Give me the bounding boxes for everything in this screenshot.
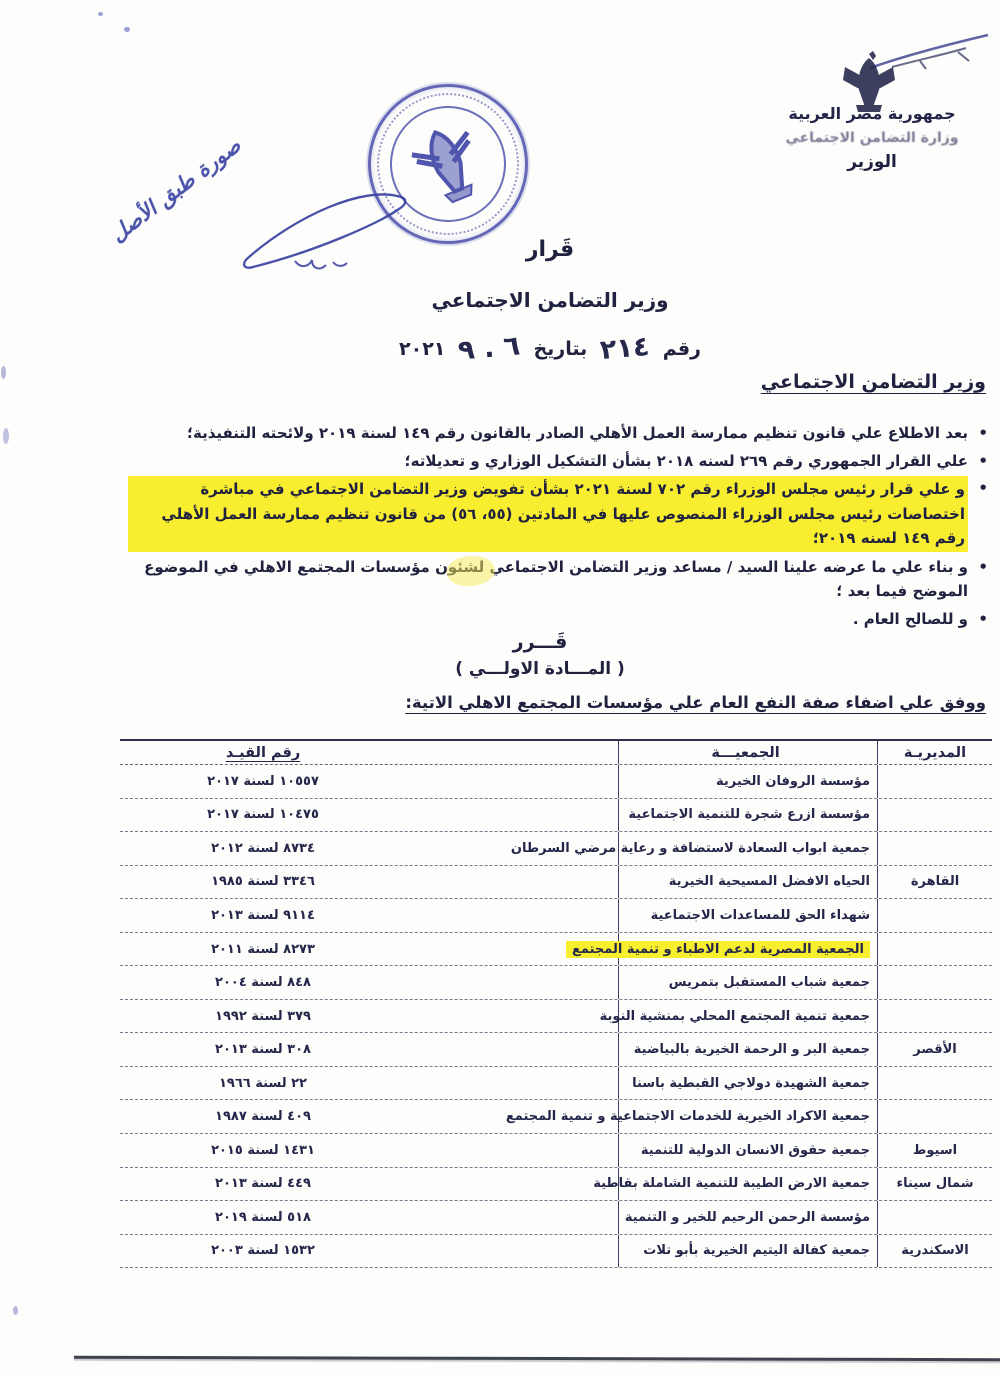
decree-number-handwritten: ٢١٤ (599, 331, 651, 366)
cell-association: الجمعية المصرية لدعم الاطباء و تنمية الم… (618, 933, 878, 966)
table-row: جمعية الاكراد الخيرية للخدمات الاجتماعية… (120, 1100, 992, 1134)
ink-speck (1, 366, 6, 379)
associations-table: المديريـة الجمعيـــة رقم القيـد مؤسسة ال… (120, 739, 992, 1268)
preamble-list: • بعد الاطلاع علي قانون تنظيم ممارسة الع… (128, 421, 988, 634)
ink-speck (13, 1306, 18, 1315)
association-name: جمعية الارض الطيبة للتنمية الشاملة بقاطي… (593, 1176, 870, 1191)
cell-registry-no: ٢٢ لسنة ١٩٦٦ (120, 1076, 618, 1091)
preamble-text: علي القرار الجمهوري رقم ٢٦٩ لسنه ٢٠١٨ بش… (128, 449, 968, 474)
cell-registry-no: ١٤٣١ لسنة ٢٠١٥ (120, 1143, 618, 1158)
decree-number-label: رقم (663, 338, 701, 360)
cell-registry-no: ٣٠٨ لسنة ٢٠١٣ (120, 1042, 618, 1057)
preamble-text: و بناء علي ما عرضه علينا السيد / مساعد و… (128, 555, 968, 604)
cell-registry-no: ٣٧٩ لسنة ١٩٩٢ (120, 1009, 618, 1024)
decree-number-line: ٢٠٢١ ٦ . ٩ بتاريخ ٢١٤ رقم (300, 333, 800, 364)
cell-association: شهداء الحق للمساعدات الاجتماعية (618, 899, 878, 932)
table-rows: مؤسسة الروفان الخيرية ١٠٥٥٧ لسنة ٢٠١٧ مؤ… (120, 765, 992, 1268)
cell-registry-no: ١٠٤٧٥ لسنة ٢٠١٧ (120, 807, 618, 822)
cell-registry-no: ١٠٥٥٧ لسنة ٢٠١٧ (120, 774, 618, 789)
cell-directorate: اسيوط (878, 1143, 992, 1158)
cell-registry-no: ٣٣٤٦ لسنة ١٩٨٥ (120, 874, 618, 889)
cell-association: جمعية الاكراد الخيرية للخدمات الاجتماعية… (618, 1100, 878, 1133)
cell-association: جمعية الارض الطيبة للتنمية الشاملة بقاطي… (618, 1168, 878, 1201)
association-name: مؤسسة الروفان الخيرية (716, 774, 870, 789)
table-row: القاهرة الحياه الافضل المسيحية الخيرية ٣… (120, 866, 992, 900)
table-header-row: المديريـة الجمعيـــة رقم القيـد (120, 739, 992, 765)
section-heading: وزير التضامن الاجتماعي (761, 371, 986, 393)
preamble-item: • و بناء علي ما عرضه علينا السيد / مساعد… (128, 555, 988, 604)
table-row: مؤسسة الروفان الخيرية ١٠٥٥٧ لسنة ٢٠١٧ (120, 765, 992, 799)
association-name: جمعية حقوق الانسان الدولية للتنمية (641, 1143, 870, 1158)
bullet-dot-icon: • (975, 421, 988, 446)
association-name: مؤسسة ازرع شجرة للتنمية الاجتماعية (628, 807, 870, 822)
table-row: مؤسسة الرحمن الرحيم للخير و التنمية ٥١٨ … (120, 1201, 992, 1235)
scanned-decree-page: جمهورية مصر العربية وزارة التضامن الاجتم… (0, 0, 1000, 1376)
cell-association: جمعية حقوق الانسان الدولية للتنمية (618, 1134, 878, 1167)
article-one-heading: ( المـــادة الاولـــي ) (330, 659, 750, 679)
header-registry-no: رقم القيـد (120, 745, 618, 761)
decree-date-label: بتاريخ (533, 338, 587, 360)
cell-registry-no: ٤٤٩ لسنة ٢٠١٣ (120, 1176, 618, 1191)
cell-association: مؤسسة ازرع شجرة للتنمية الاجتماعية (618, 799, 878, 832)
ink-speck (98, 12, 103, 16)
association-name: جمعية كفالة اليتيم الخيرية بأبو تلات (643, 1243, 870, 1258)
table-row: اسيوط جمعية حقوق الانسان الدولية للتنمية… (120, 1134, 992, 1168)
table-row: مؤسسة ازرع شجرة للتنمية الاجتماعية ١٠٤٧٥… (120, 799, 992, 833)
scan-edge-line (74, 1356, 1000, 1361)
ink-speck (124, 27, 130, 32)
letterhead-country: جمهورية مصر العربية (750, 104, 994, 123)
preamble-item: • بعد الاطلاع علي قانون تنظيم ممارسة الع… (128, 421, 988, 446)
cell-registry-no: ١٥٣٢ لسنة ٢٠٠٣ (120, 1243, 618, 1258)
letterhead-minister: الوزير (750, 152, 994, 172)
table-row: شهداء الحق للمساعدات الاجتماعية ٩١١٤ لسن… (120, 899, 992, 933)
table-row: جمعية شباب المستقبل بتمريس ٨٤٨ لسنة ٢٠٠٤ (120, 966, 992, 1000)
header-directorate: المديريـة (878, 745, 992, 761)
cell-association: جمعية شباب المستقبل بتمريس (618, 966, 878, 999)
cell-directorate: القاهرة (878, 874, 992, 889)
cell-registry-no: ٥١٨ لسنة ٢٠١٩ (120, 1210, 618, 1225)
preamble-item: • و للصالح العام . (128, 607, 988, 632)
bullet-dot-icon: • (975, 555, 988, 604)
cell-registry-no: ٩١١٤ لسنة ٢٠١٣ (120, 908, 618, 923)
cell-registry-no: ٨٧٣٤ لسنة ٢٠١٢ (120, 841, 618, 856)
table-intro-line: ووفق علي اضفاء صفة النفع العام علي مؤسسا… (405, 693, 986, 712)
header-association: الجمعيـــة (618, 741, 878, 764)
cell-directorate: شمال سيناء (878, 1176, 992, 1191)
preamble-item: • و علي قرار رئيس مجلس الوزراء رقم ٧٠٢ ل… (128, 476, 988, 552)
preamble-text: و للصالح العام . (128, 607, 968, 632)
association-name: جمعية البر و الرحمة الخيرية بالبياضية (634, 1042, 870, 1057)
association-name: شهداء الحق للمساعدات الاجتماعية (651, 908, 870, 923)
association-name: جمعية شباب المستقبل بتمريس (669, 975, 870, 990)
decree-title-block: قَرار وزير التضامن الاجتماعي ٢٠٢١ ٦ . ٩ … (300, 237, 800, 364)
bullet-dot-icon: • (975, 449, 988, 474)
table-row: جمعية ابواب السعادة لاستضافة و رعاية مرض… (120, 832, 992, 866)
cell-association: جمعية ابواب السعادة لاستضافة و رعاية مرض… (618, 832, 878, 865)
table-row: جمعية تنمية المجتمع المحلي بمنشية النوبة… (120, 1000, 992, 1034)
cell-registry-no: ٤٠٩ لسنة ١٩٨٧ (120, 1109, 618, 1124)
cell-association: جمعية كفالة اليتيم الخيرية بأبو تلات (618, 1235, 878, 1268)
preamble-item: • علي القرار الجمهوري رقم ٢٦٩ لسنه ٢٠١٨ … (128, 449, 988, 474)
decree-year: ٢٠٢١ (399, 338, 445, 360)
cell-association: جمعية الشهيدة دولاجي القبطية باسنا (618, 1067, 878, 1100)
cell-association: مؤسسة الرحمن الرحيم للخير و التنمية (618, 1201, 878, 1234)
preamble-text: بعد الاطلاع علي قانون تنظيم ممارسة العمل… (128, 421, 968, 446)
cell-directorate: الأقصر (878, 1042, 992, 1057)
association-name: جمعية تنمية المجتمع المحلي بمنشية النوبة (600, 1009, 870, 1024)
cell-directorate: الاسكندرية (878, 1243, 992, 1258)
cell-association: الحياه الافضل المسيحية الخيرية (618, 866, 878, 899)
cell-registry-no: ٨٢٧٣ لسنة ٢٠١١ (120, 942, 618, 957)
association-name: الحياه الافضل المسيحية الخيرية (669, 874, 870, 889)
table-row: جمعية الشهيدة دولاجي القبطية باسنا ٢٢ لس… (120, 1067, 992, 1101)
decree-date-handwritten: ٦ . ٩ (457, 330, 521, 366)
table-row: الأقصر جمعية البر و الرحمة الخيرية بالبي… (120, 1033, 992, 1067)
letterhead-ministry: وزارة التضامن الاجتماعي (750, 130, 994, 146)
bullet-dot-icon: • (975, 607, 988, 632)
cell-registry-no: ٨٤٨ لسنة ٢٠٠٤ (120, 975, 618, 990)
bullet-dot-icon: • (975, 476, 988, 552)
decree-word: قَرار (300, 237, 800, 262)
decided-word: قَـــرر (330, 631, 750, 653)
decree-minister-line: وزير التضامن الاجتماعي (300, 288, 800, 312)
table-row: شمال سيناء جمعية الارض الطيبة للتنمية ال… (120, 1168, 992, 1202)
table-row: الاسكندرية جمعية كفالة اليتيم الخيرية بأ… (120, 1235, 992, 1269)
association-name: جمعية الشهيدة دولاجي القبطية باسنا (632, 1076, 870, 1091)
cell-association: مؤسسة الروفان الخيرية (618, 765, 878, 798)
table-row: الجمعية المصرية لدعم الاطباء و تنمية الم… (120, 933, 992, 967)
association-name: مؤسسة الرحمن الرحيم للخير و التنمية (625, 1210, 870, 1225)
preamble-text: و علي قرار رئيس مجلس الوزراء رقم ٧٠٢ لسن… (128, 476, 968, 552)
cell-association: جمعية البر و الرحمة الخيرية بالبياضية (618, 1033, 878, 1066)
ink-speck (3, 428, 9, 444)
letterhead: جمهورية مصر العربية وزارة التضامن الاجتم… (750, 104, 994, 172)
header-association-text: الجمعيـــة (711, 745, 779, 761)
cell-association: جمعية تنمية المجتمع المحلي بمنشية النوبة (618, 1000, 878, 1033)
